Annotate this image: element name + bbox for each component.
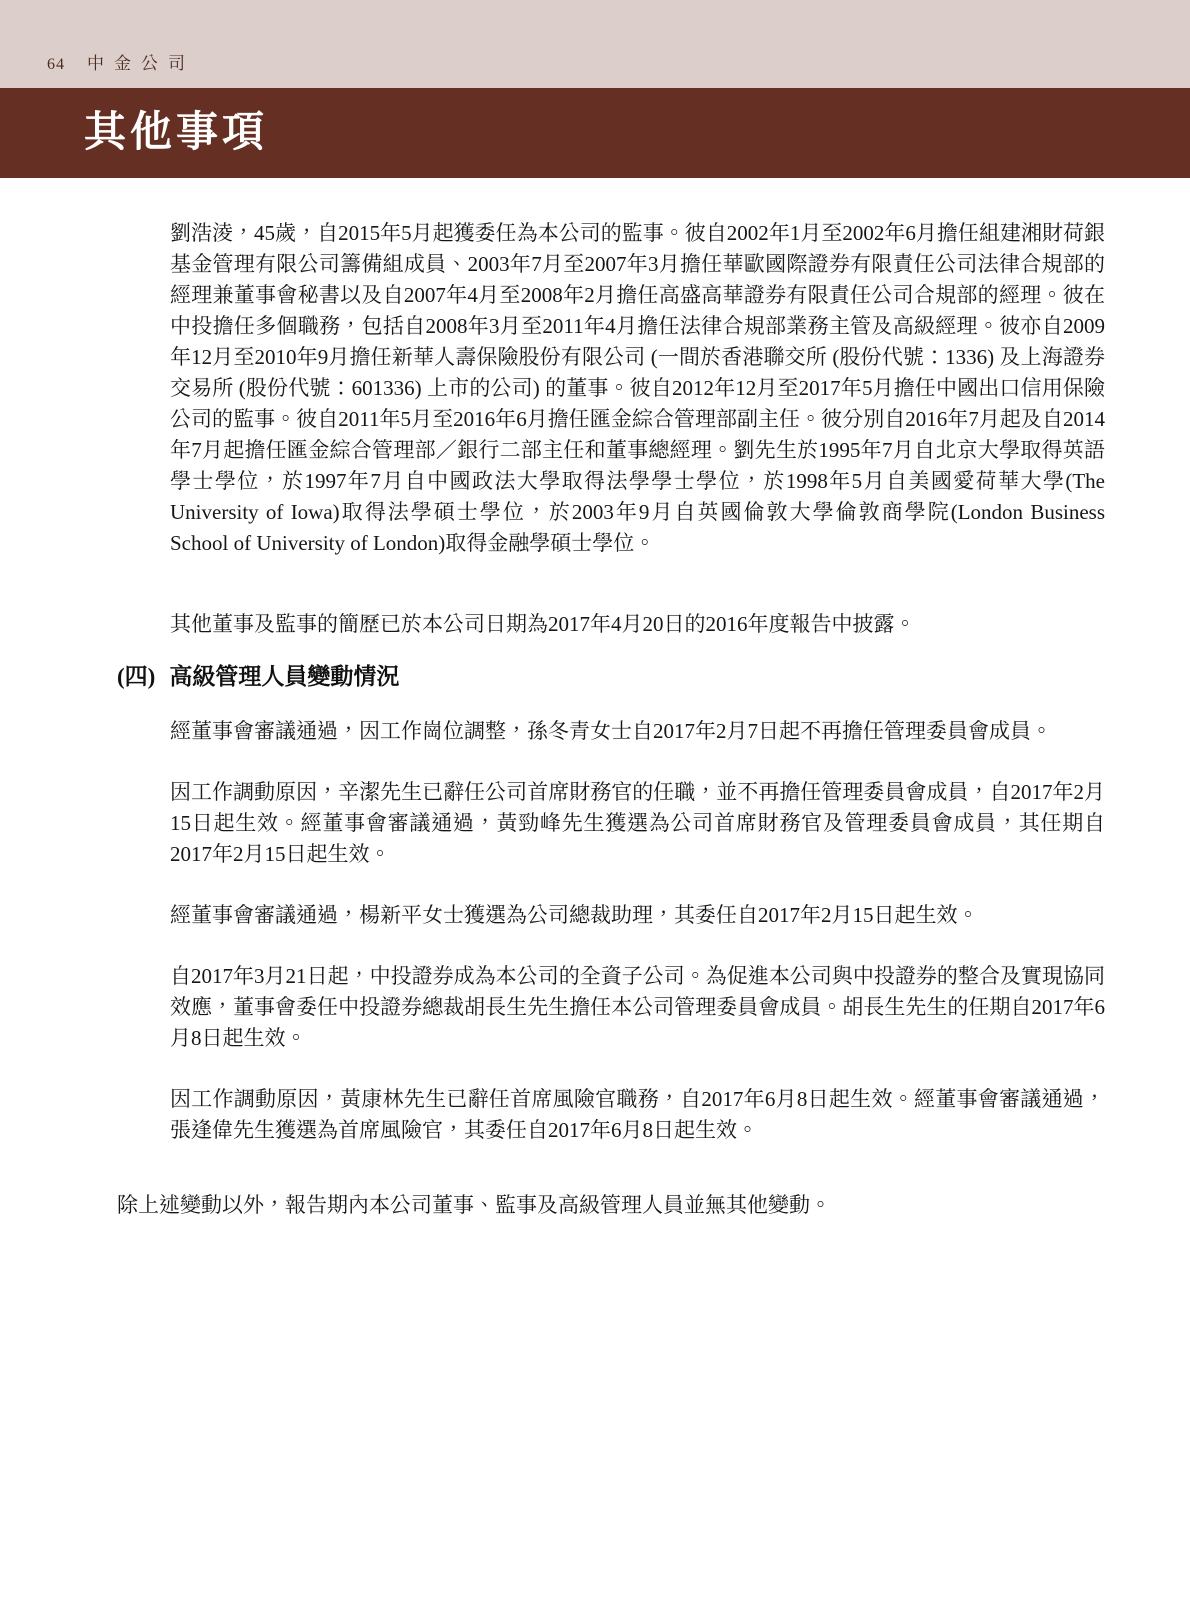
management-change-paragraph-4: 自2017年3月21日起，中投證券成為本公司的全資子公司。為促進本公司與中投證券…	[170, 961, 1105, 1054]
company-name: 中金公司	[87, 49, 195, 74]
supervisor-bio-paragraph: 劉浩淩，45歲，自2015年5月起獲委任為本公司的監事。彼自2002年1月至20…	[170, 218, 1105, 559]
document-page: 64 中金公司 其他事項 劉浩淩，45歲，自2015年5月起獲委任為本公司的監事…	[0, 0, 1190, 1615]
section-label: (四)	[117, 664, 155, 689]
section-title: 高級管理人員變動情況	[169, 664, 399, 689]
management-change-paragraph-3: 經董事會審議通過，楊新平女士獲選為公司總裁助理，其委任自2017年2月15日起生…	[170, 900, 1105, 931]
page-number: 64	[47, 56, 65, 74]
closing-paragraph: 除上述變動以外，報告期內本公司董事、監事及高級管理人員並無其他變動。	[117, 1190, 1105, 1221]
management-change-paragraph-2: 因工作調動原因，辛潔先生已辭任公司首席財務官的任職，並不再擔任管理委員會成員，自…	[170, 777, 1105, 870]
page-content: 劉浩淩，45歲，自2015年5月起獲委任為本公司的監事。彼自2002年1月至20…	[0, 178, 1190, 1221]
management-change-paragraph-5: 因工作調動原因，黃康林先生已辭任首席風險官職務，自2017年6月8日起生效。經董…	[170, 1084, 1105, 1146]
directors-note-paragraph: 其他董事及監事的簡歷已於本公司日期為2017年4月20日的2016年度報告中披露…	[170, 609, 1105, 640]
chapter-title: 其他事項	[84, 112, 268, 154]
management-change-paragraph-1: 經董事會審議通過，因工作崗位調整，孫冬青女士自2017年2月7日起不再擔任管理委…	[170, 716, 1105, 747]
section-heading: (四)高級管理人員變動情況	[117, 662, 1105, 692]
chapter-banner: 其他事項	[0, 88, 1190, 178]
page-header: 64 中金公司	[0, 0, 1190, 88]
